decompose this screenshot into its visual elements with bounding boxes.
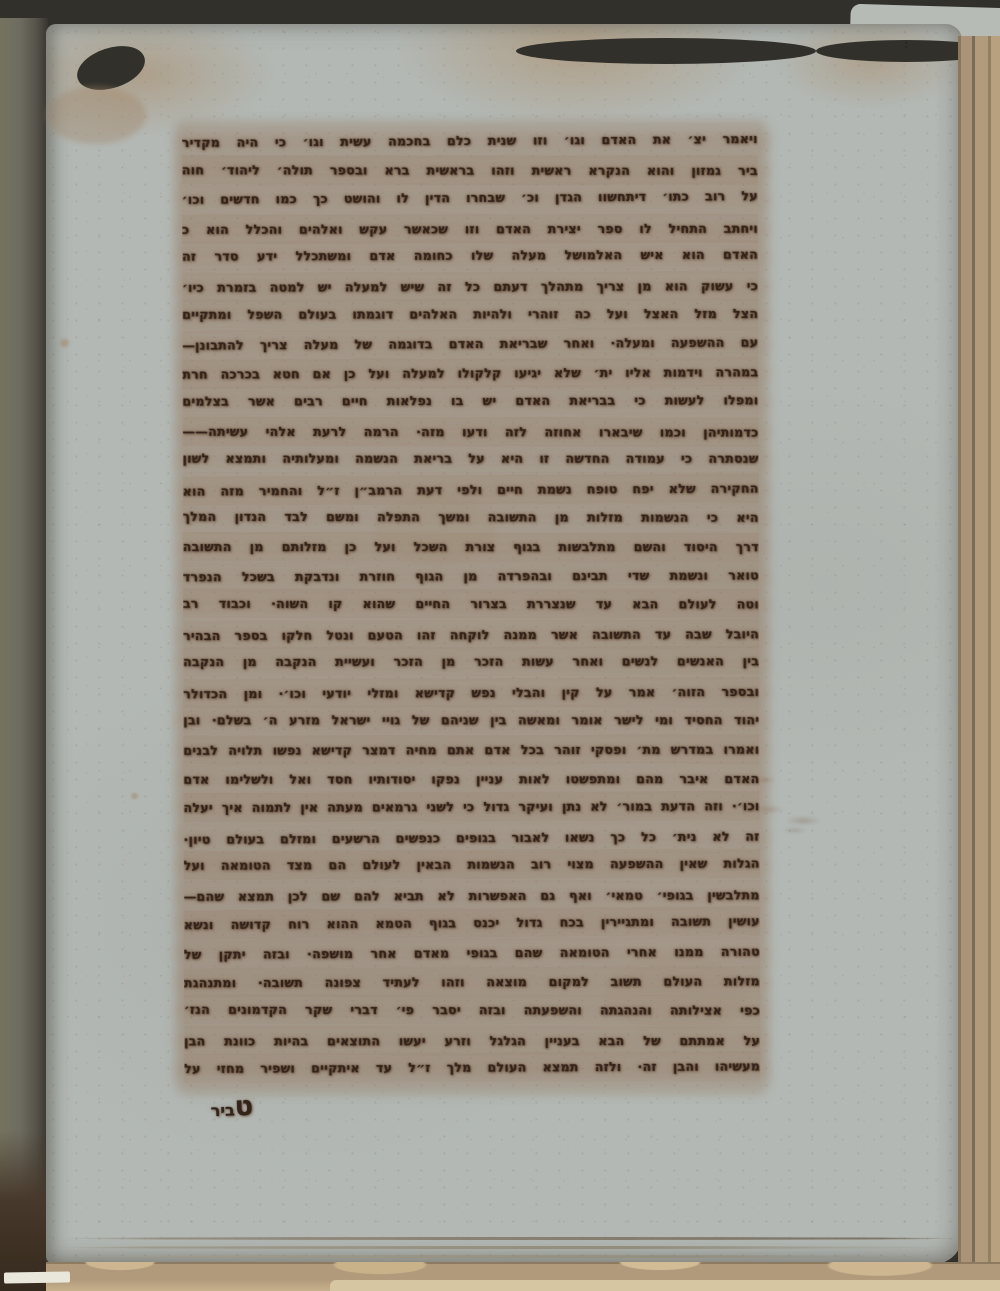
manuscript-line-text: במהרה וידמות אליו ית׳ שלא יגיעו קלקולו ל… (182, 364, 758, 381)
manuscript-line: בין האנשים לנשים ואחר עשות הזכר מן הזכר … (183, 646, 759, 676)
manuscript-line-text: טהורה ממנו אחרי הטומאה שהם בגופי מאדם אח… (184, 944, 760, 962)
page-bottom-edge-line (66, 1255, 946, 1258)
manuscript-line: הגלות שאין ההשפעה מצוי רוב הנשמות הבאין … (184, 849, 760, 880)
manuscript-line: ביר גמזון והוא הנקרא ראשית וזהו בראשית ב… (182, 155, 758, 185)
manuscript-line-text: הגלות שאין ההשפעה מצוי רוב הנשמות הבאין … (184, 856, 760, 873)
manuscript-line: דרך היסוד והשם מתלבשות בגוף צורת השכל וע… (183, 532, 759, 561)
manuscript-photo: ויאמר יצ׳ את האדם וגו׳ וזו שנית כלם בחכמ… (0, 0, 1000, 1291)
manuscript-line-text: דרך היסוד והשם מתלבשות בגוף צורת השכל וע… (183, 539, 759, 554)
manuscript-line: במהרה וידמות אליו ית׳ שלא יגיעו קלקולו ל… (182, 357, 758, 388)
manuscript-line-text: מעשיהו והבן זה· ולזה תמצא העולם מלך ז״ל … (184, 1058, 760, 1076)
manuscript-line: יהוד החסיד ומי לישר אומר ומאשה בין שניהם… (183, 705, 759, 734)
manuscript-line-text: שנסתרה כי עמודה החדשה זו היא על בריאת הנ… (183, 451, 759, 466)
manuscript-line: וטה לעולם הבא עד שנצררת בצרור החיים שהוא… (183, 589, 759, 619)
margin-ink-mark: : (904, 38, 908, 51)
manuscript-line-text: וכו׳· וזה הדעת במור׳ לא נתן ועיקר גדול כ… (184, 798, 760, 815)
manuscript-line: שנסתרה כי עמודה החדשה זו היא על בריאת הנ… (183, 444, 759, 473)
manuscript-line: כי עשוק הוא מן צריך מתהלך דעתם כל זה שיש… (182, 271, 758, 302)
manuscript-line-text: עושין תשובה ומתגיירין בכח גדול יכנס בגוף… (184, 913, 760, 932)
manuscript-line-text: עם ההשפעה ומעלה· ואחר שבריאת האדם בדוגמה… (182, 334, 758, 352)
binding-white-sliver (4, 1271, 70, 1283)
manuscript-line-text: היא כי הנשמות מזלות מן התשובה ומשך התפלה… (183, 509, 759, 525)
manuscript-line-text: טואר ונשמת שדי תבינם ובהפרדה מן הגוף חוז… (183, 567, 759, 584)
manuscript-line-text: יהוד החסיד ומי לישר אומר ומאשה בין שניהם… (183, 712, 759, 727)
manuscript-line-text: מזלות העולם תשוב למקום מוצאה וזהו לעתיד … (184, 973, 760, 990)
manuscript-line: האדם הוא איש האלמושל מעלה שלו כחומה אדם … (182, 240, 758, 271)
page-bottom-edge-line (56, 1246, 966, 1249)
manuscript-line-text: וטה לעולם הבא עד שנצררת בצרור החיים שהוא… (183, 596, 759, 612)
manuscript-line-text: כפי אצילותה והנהגתה והשפעתה ובזה יסבר פי… (184, 1002, 760, 1018)
manuscript-line-text: זה לא נית׳ כל כך נשאו לאבור בגופים כנפשי… (184, 829, 760, 847)
manuscript-line-text: ביר גמזון והוא הנקרא ראשית וזהו בראשית ב… (182, 162, 758, 178)
manuscript-line-text: היובל שבה עד התשובה אשר ממנה לוקחה זהו ה… (183, 626, 759, 643)
text-block: ויאמר יצ׳ את האדם וגו׳ וזו שנית כלם בחכמ… (182, 125, 761, 1085)
manuscript-line-text: על אמתתם של הבא בעניין הגלגל וזרע יעשו ה… (184, 1033, 760, 1048)
manuscript-line: על רוב כתו׳ דיתחשוו הגדן וכ׳ שבחרו הדין … (182, 181, 758, 214)
manuscript-line: הצל מזל האצל ועל כה זוהרי ולהיות האלהים … (182, 299, 758, 329)
manuscript-line-text: האדם איבר מהם ומתפשטו לאות עניין נפקו יס… (183, 771, 759, 787)
manuscript-line: היא כי הנשמות מזלות מן התשובה ומשך התפלה… (183, 502, 759, 532)
manuscript-line: החקירה שלא יפח טופח נשמת חיים ולפי דעת ה… (183, 474, 759, 506)
binding-leather-corner (0, 1130, 46, 1291)
manuscript-line-text: החקירה שלא יפח טופח נשמת חיים ולפי דעת ה… (183, 481, 759, 499)
manuscript-line: טואר ונשמת שדי תבינם ובהפרדה מן הגוף חוז… (183, 560, 759, 591)
manuscript-line: האדם איבר מהם ומתפשטו לאות עניין נפקו יס… (183, 764, 759, 794)
manuscript-line: כפי אצילותה והנהגתה והשפעתה ובזה יסבר פי… (184, 995, 760, 1025)
manuscript-line-text: הצל מזל האצל ועל כה זוהרי ולהיות האלהים … (182, 306, 758, 322)
manuscript-line: ואמרו במדרש מת׳ ופסקי זוהר בכל אדם אתם מ… (183, 735, 759, 765)
binding-gutter (0, 18, 50, 1291)
manuscript-line-text: בין האנשים לנשים ואחר עשות הזכר מן הזכר … (183, 653, 759, 669)
manuscript-line-text: כדמותיהן וכמו שיבארו אחוזה לזה ודעו מזה·… (183, 424, 759, 440)
manuscript-line-text: מתלבשין בגופי׳ טמאי׳ ואף גם האפשרות לא ת… (184, 887, 760, 904)
manuscript-line-text: כי עשוק הוא מן צריך מתהלך דעתם כל זה שיש… (182, 278, 758, 295)
manuscript-line-text: ואמרו במדרש מת׳ ופסקי זוהר בכל אדם אתם מ… (183, 742, 759, 758)
manuscript-line-text: ויאמר יצ׳ את האדם וגו׳ וזו שנית כלם בחכמ… (182, 131, 758, 150)
foxing-spot (131, 793, 138, 799)
fore-edge-leaves-right (958, 36, 1000, 1272)
manuscript-line-text: על רוב כתו׳ דיתחשוו הגדן וכ׳ שבחרו הדין … (182, 188, 758, 207)
catchword: טביר (182, 1091, 253, 1124)
manuscript-line-text: ומפלו לעשות כי בבריאת האדם יש בו נפלאות … (182, 392, 758, 408)
manuscript-line: כדמותיהן וכמו שיבארו אחוזה לזה ודעו מזה·… (183, 417, 759, 447)
manuscript-line-text: ויחתב התחיל לו ספר יצירת האדם וזו שכאשר … (182, 221, 758, 237)
manuscript-line-text: ובספר הזוה׳ אמר על קין והבלי נפש קדישא ו… (183, 684, 759, 701)
manuscript-line: ובספר הזוה׳ אמר על קין והבלי נפש קדישא ו… (183, 677, 759, 708)
manuscript-line: עושין תשובה ומתגיירין בכח גדול יכנס בגוף… (184, 906, 760, 939)
foxing-stain (46, 86, 146, 144)
page-top-edge-dip (516, 38, 816, 64)
page-bottom-edge-line (60, 1237, 960, 1240)
tail-edge-cream-leaf (330, 1280, 1000, 1291)
manuscript-line: מעשיהו והבן זה· ולזה תמצא העולם מלך ז״ל … (184, 1051, 760, 1083)
manuscript-line-text: האדם הוא איש האלמושל מעלה שלו כחומה אדם … (182, 247, 758, 264)
manuscript-line: וכו׳· וזה הדעת במור׳ לא נתן ועיקר גדול כ… (183, 791, 759, 822)
manuscript-line: ויאמר יצ׳ את האדם וגו׳ וזו שנית כלם בחכמ… (182, 124, 758, 157)
manuscript-line: עם ההשפעה ומעלה· ואחר שבריאת האדם בדוגמה… (182, 327, 758, 359)
manuscript-line: טהורה ממנו אחרי הטומאה שהם בגופי מאדם אח… (184, 937, 760, 969)
foxing-spot (60, 339, 69, 347)
manuscript-line: מזלות העולם תשוב למקום מוצאה וזהו לעתיד … (184, 966, 760, 997)
manuscript-page: ויאמר יצ׳ את האדם וגו׳ וזו שנית כלם בחכמ… (46, 24, 962, 1264)
manuscript-line: ומפלו לעשות כי בבריאת האדם יש בו נפלאות … (182, 385, 758, 415)
